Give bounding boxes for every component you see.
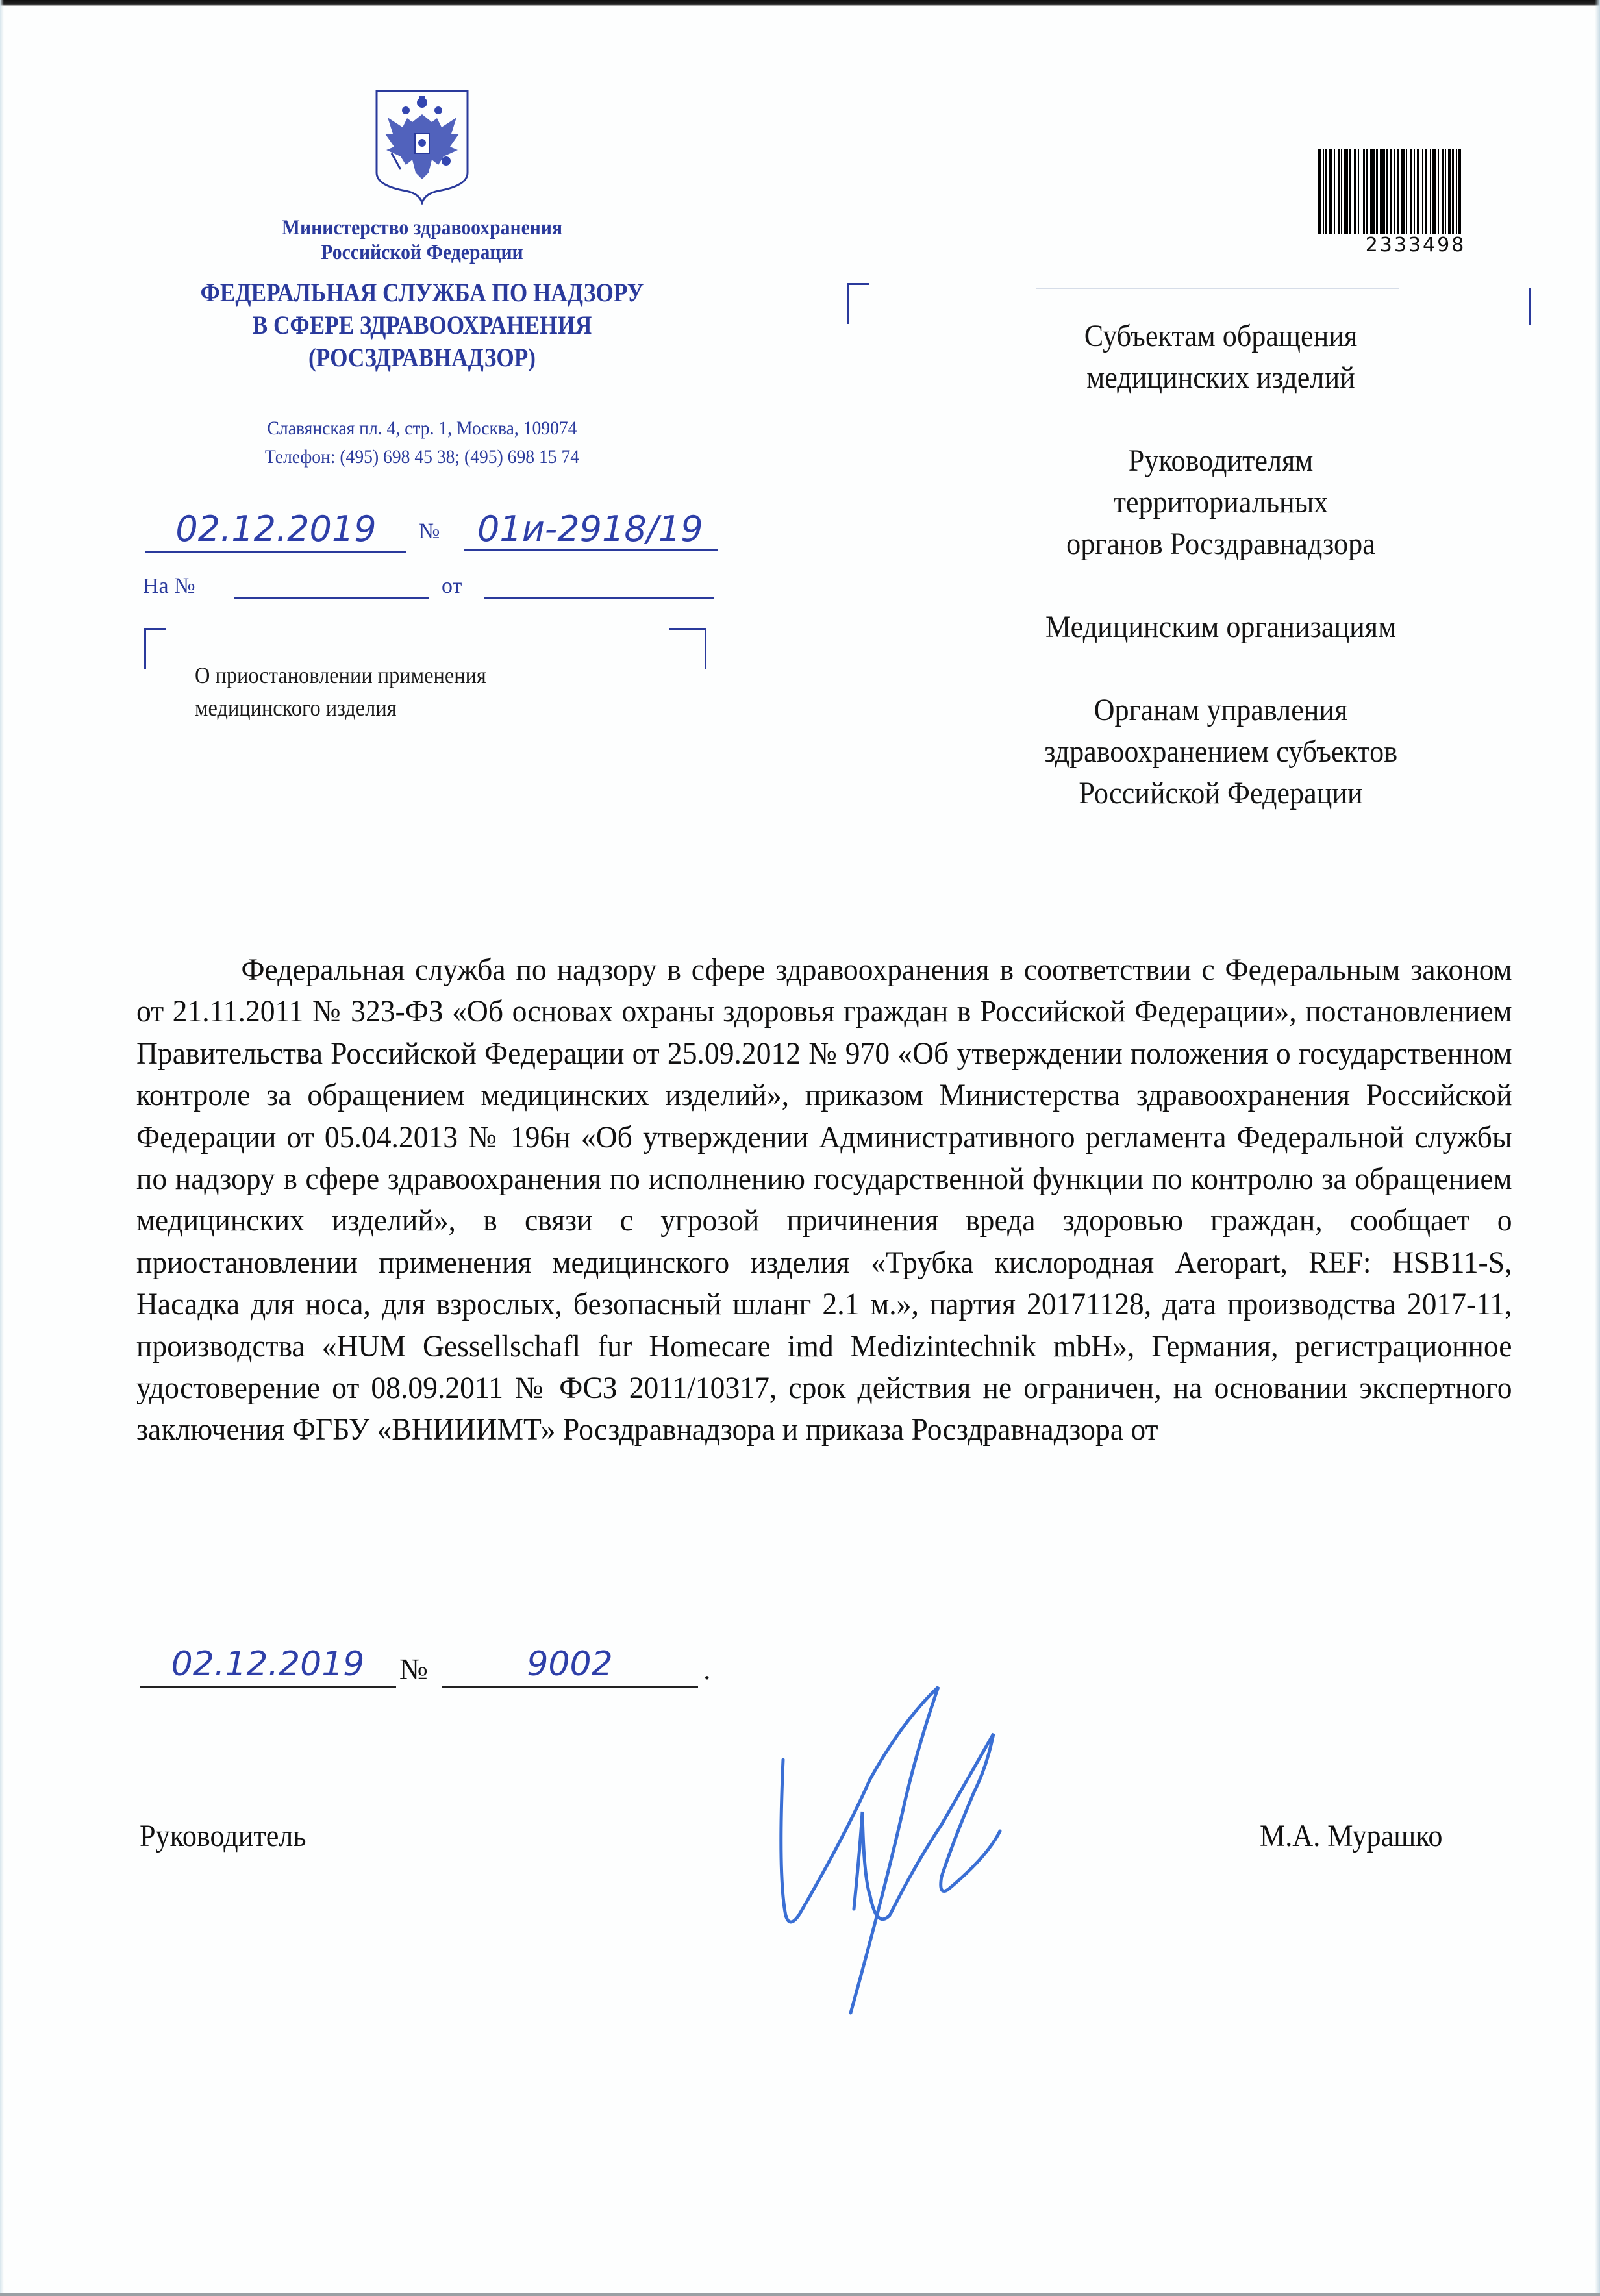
registration-number: 01и-2918/19 bbox=[464, 508, 718, 551]
subject-bracket-left bbox=[144, 628, 166, 669]
addressee-bracket-left bbox=[847, 283, 869, 324]
addressee-item: Субъектам обращения медицинских изделий bbox=[922, 316, 1519, 399]
reply-reference-line: На № от bbox=[143, 571, 727, 604]
addressee-line: Субъектам обращения bbox=[922, 316, 1519, 357]
phone-numbers: Телефон: (495) 698 45 38; (495) 698 15 7… bbox=[189, 443, 655, 471]
registration-line: 02.12.2019 № 01и-2918/19 bbox=[143, 508, 792, 553]
addressee-bracket-top-line bbox=[1036, 288, 1399, 289]
ministry-line-1: Министерство здравоохранения bbox=[194, 216, 650, 240]
subject-line-2: медицинского изделия bbox=[195, 692, 639, 724]
ministry-line-2: Российской Федерации bbox=[194, 240, 650, 265]
signatory-title: Руководитель bbox=[140, 1818, 306, 1854]
contact-block: Славянская пл. 4, стр. 1, Москва, 109074… bbox=[189, 414, 655, 471]
scan-border-right bbox=[1595, 0, 1600, 2296]
service-line-1: ФЕДЕРАЛЬНАЯ СЛУЖБА ПО НАДЗОРУ bbox=[165, 277, 679, 309]
addressee-line: Органам управления bbox=[922, 690, 1519, 731]
addressee-item: Органам управления здравоохранением субъ… bbox=[922, 690, 1519, 814]
order-number-label: № bbox=[399, 1652, 428, 1686]
registration-number-label: № bbox=[419, 519, 440, 544]
reply-number-blank bbox=[234, 597, 429, 599]
service-line-3: (РОСЗДРАВНАДЗОР) bbox=[165, 342, 679, 374]
addressee-line: территориальных bbox=[922, 482, 1519, 523]
handwritten-signature-icon bbox=[773, 1682, 1175, 2071]
subject-bracket-right bbox=[669, 628, 706, 669]
ministry-name: Министерство здравоохранения Российской … bbox=[194, 216, 650, 265]
scan-border-bottom bbox=[0, 2293, 1600, 2296]
order-date: 02.12.2019 bbox=[140, 1643, 396, 1688]
signatory-name: М.А. Мурашко bbox=[1260, 1818, 1443, 1854]
letter-subject: О приостановлении применения медицинског… bbox=[195, 659, 639, 724]
reply-number-label: На № bbox=[143, 574, 195, 599]
body-paragraph: Федеральная служба по надзору в сфере зд… bbox=[136, 949, 1512, 1451]
addressee-line: медицинских изделий bbox=[922, 357, 1519, 399]
barcode-number: 2333498 bbox=[1318, 234, 1513, 256]
scan-border-top bbox=[0, 0, 1600, 6]
addressee-line: Медицинским организациям bbox=[922, 606, 1519, 648]
addressee-line: Руководителям bbox=[922, 440, 1519, 482]
russian-coat-of-arms-icon bbox=[373, 88, 471, 205]
addressee-line: здравоохранением субъектов bbox=[922, 731, 1519, 773]
service-line-2: В СФЕРЕ ЗДРАВООХРАНЕНИЯ bbox=[165, 309, 679, 342]
order-number: 9002 bbox=[442, 1643, 698, 1688]
addressee-item: Медицинским организациям bbox=[922, 606, 1519, 648]
addressee-line: Российской Федерации bbox=[922, 773, 1519, 814]
reply-date-blank bbox=[484, 597, 714, 599]
reply-from-label: от bbox=[442, 574, 462, 599]
letter-body: Федеральная служба по надзору в сфере зд… bbox=[136, 949, 1512, 1451]
addressee-item: Руководителям территориальных органов Ро… bbox=[922, 440, 1519, 565]
service-name: ФЕДЕРАЛЬНАЯ СЛУЖБА ПО НАДЗОРУ В СФЕРЕ ЗД… bbox=[165, 277, 679, 374]
order-terminator: . bbox=[703, 1652, 711, 1686]
addressee-line: органов Росздравнадзора bbox=[922, 523, 1519, 565]
postal-address: Славянская пл. 4, стр. 1, Москва, 109074 bbox=[189, 414, 655, 443]
barcode-icon bbox=[1318, 149, 1513, 234]
addressee-list: Субъектам обращения медицинских изделий … bbox=[896, 316, 1545, 856]
order-reference-line: 02.12.2019 № 9002 . bbox=[140, 1643, 789, 1688]
registration-date: 02.12.2019 bbox=[145, 508, 406, 553]
scan-border-left bbox=[0, 0, 4, 2296]
subject-line-1: О приостановлении применения bbox=[195, 659, 639, 692]
